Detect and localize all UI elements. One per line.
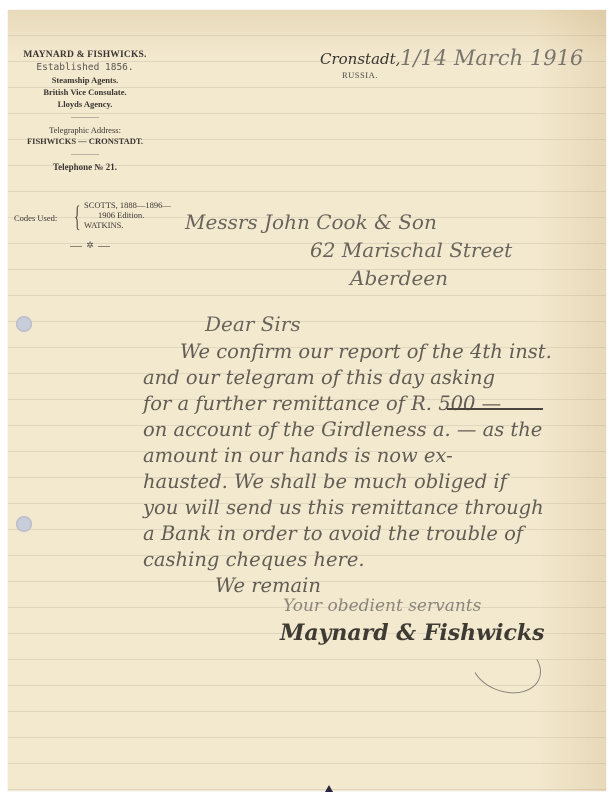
- brace-icon: {: [74, 202, 80, 232]
- firm-name: MAYNARD & FISHWICKS.: [10, 50, 160, 60]
- body-line: cashing cheques here.: [143, 548, 365, 571]
- closing: Your obedient servants: [283, 596, 481, 616]
- recipient-city: Aberdeen: [350, 266, 448, 290]
- service-line: Lloyds Agency.: [10, 99, 160, 109]
- recipient-street: 62 Marischal Street: [310, 238, 512, 262]
- body-line: amount in our hands is now ex-: [143, 444, 453, 467]
- scan-marker-icon: [325, 785, 333, 792]
- body-line: and our telegram of this day asking: [143, 366, 495, 389]
- country: RUSSIA.: [342, 70, 378, 80]
- amount-underline: [447, 408, 543, 410]
- codes-label: Codes Used:: [14, 213, 57, 223]
- code-item: WATKINS.: [84, 220, 171, 230]
- body-line: We remain: [215, 574, 321, 597]
- code-item: SCOTTS, 1888—1896—: [84, 200, 171, 210]
- code-item: 1906 Edition.: [84, 210, 171, 220]
- established-year: Established 1856.: [10, 62, 160, 73]
- body-line: on account of the Girdleness a. — as the: [143, 418, 542, 441]
- service-line: Steamship Agents.: [10, 75, 160, 85]
- letterhead: MAYNARD & FISHWICKS. Established 1856. S…: [10, 50, 160, 172]
- body-line: hausted. We shall be much obliged if: [143, 470, 507, 493]
- salutation: Dear Sirs: [205, 312, 301, 336]
- body-line: for a further remittance of R. 500 —: [143, 392, 501, 415]
- divider: [71, 154, 99, 155]
- body-line: We confirm our report of the 4th inst.: [180, 340, 552, 363]
- body-line: you will send us this remittance through: [143, 496, 544, 519]
- ornament-icon: ✲: [70, 240, 110, 251]
- punch-hole: [16, 316, 32, 332]
- telegraphic-label: Telegraphic Address:: [10, 125, 160, 135]
- service-line: British Vice Consulate.: [10, 87, 160, 97]
- codes-list: SCOTTS, 1888—1896— 1906 Edition. WATKINS…: [84, 200, 171, 230]
- body-line: a Bank in order to avoid the trouble of: [143, 522, 523, 545]
- letter-date: 1/14 March 1916: [400, 46, 583, 70]
- place-name: Cronstadt,: [320, 50, 400, 68]
- telephone-number: Telephone № 21.: [10, 162, 160, 172]
- divider: [71, 117, 99, 118]
- punch-hole: [16, 516, 32, 532]
- recipient-name: Messrs John Cook & Son: [185, 210, 437, 234]
- telegraphic-address: FISHWICKS — CRONSTADT.: [10, 136, 160, 146]
